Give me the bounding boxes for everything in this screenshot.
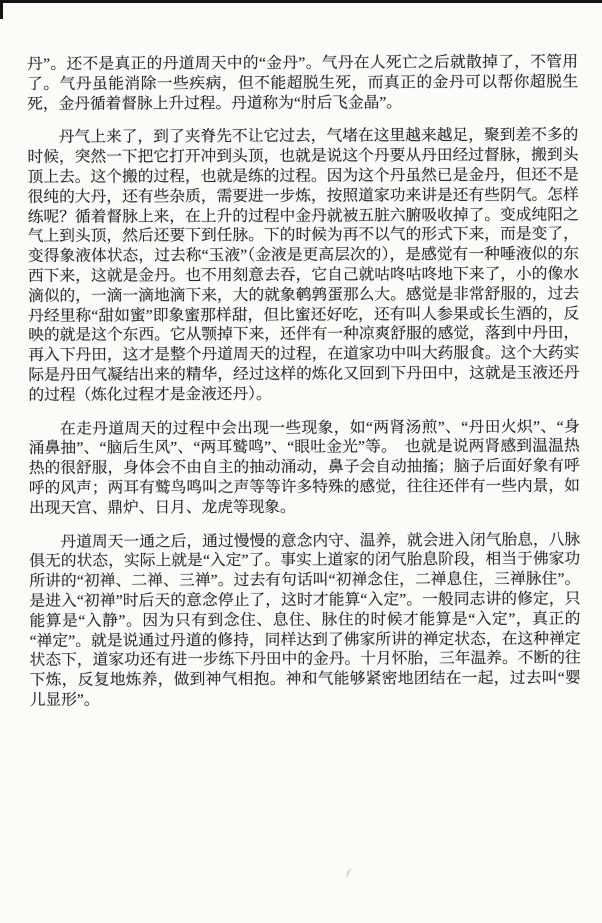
paragraph-2: 丹气上来了，到了夹脊先不让它过去，气堵在这里越来越足，聚到差不多的时候，突然一下… xyxy=(27,126,579,406)
paragraph-3: 在走丹道周天的过程中会出现一些现象，如“两肾汤煎”、“丹田火炽”、“身涌鼻抽”、… xyxy=(29,417,580,518)
scanned-page: 丹”。还不是真正的丹道周天中的“金丹”。气丹在人死亡之后就散掉了，不管用了。气丹… xyxy=(0,0,602,923)
scan-speck xyxy=(346,867,355,878)
scan-edge-top xyxy=(0,0,602,3)
page-text-block: 丹”。还不是真正的丹道周天中的“金丹”。气丹在人死亡之后就散掉了，不管用了。气丹… xyxy=(27,53,581,725)
scan-edge-left xyxy=(0,0,3,19)
paragraph-1: 丹”。还不是真正的丹道周天中的“金丹”。气丹在人死亡之后就散掉了，不管用了。气丹… xyxy=(27,53,578,115)
paragraph-4: 丹道周天一通之后，通过慢慢的意念内守、温养，就会进入闭气胎息，八脉俱无的状态，实… xyxy=(29,530,581,711)
